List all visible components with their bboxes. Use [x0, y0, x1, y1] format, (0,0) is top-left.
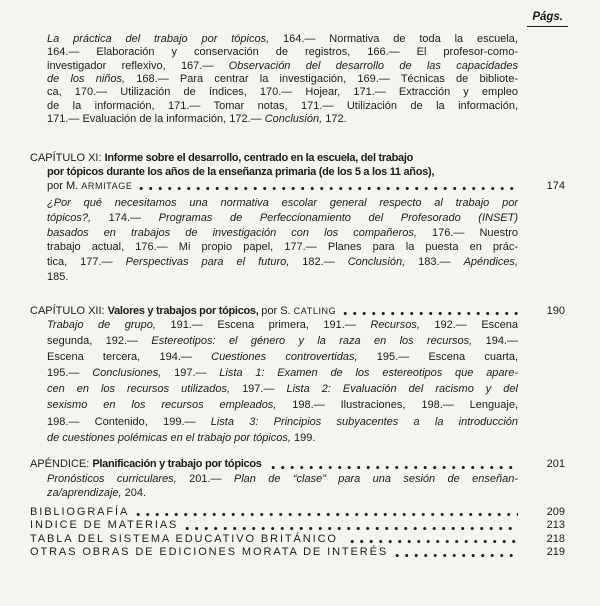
dot-leader [136, 508, 518, 517]
toc-line: por tópicos durante los años de la enseñ… [30, 165, 518, 179]
toc-line: CAPÍTULO XII: Valores y trabajos por tóp… [30, 304, 565, 318]
toc-line: de la información, 171.— Tomar notas, 17… [47, 100, 518, 113]
toc-line: Pronósticos curriculares, 201.— Plan de … [30, 472, 518, 487]
toc-intro-paragraph: La práctica del trabajo por tópicos, 164… [47, 33, 518, 126]
toc-line: ¿Por qué necesitamos una normativa escol… [47, 196, 518, 211]
toc-line-text: Pronósticos curriculares, 201.— Plan de … [47, 473, 518, 485]
toc-line: INDICE DE MATERIAS213 [30, 519, 565, 532]
toc-line-text: de la información, 171.— Tomar notas, 17… [47, 100, 518, 112]
toc-line: za/aprendizaje, 204. [30, 486, 518, 501]
toc-line-text: tica, 177.— Perspectivas para el futuro,… [47, 256, 518, 268]
toc-chapter-11-heading: CAPÍTULO XI: Informe sobre el desarrollo… [30, 151, 565, 193]
toc-line: segunda, 192.— Estereotipos: el género y… [47, 333, 518, 349]
toc-line: investigador reflexivo, 167.— Observació… [47, 60, 518, 73]
page-number: 218 [528, 533, 565, 546]
toc-line-text: Trabajo de grupo, 191.— Escena primera, … [47, 319, 518, 331]
toc-line-text: ¿Por qué necesitamos una normativa escol… [47, 197, 518, 209]
toc-line: tica, 177.— Perspectivas para el futuro,… [47, 255, 518, 270]
toc-line: 195.— Conclusiones, 197.— Lista 1: Exame… [47, 365, 518, 381]
toc-line-text: cen en los recursos utilizados, 197.— Li… [47, 383, 518, 395]
toc-line: tópicos?, 174.— Programas de Perfecciona… [47, 211, 518, 226]
toc-line: sexismo en los recursos empleados, 198.—… [47, 397, 518, 413]
toc-line-text: investigador reflexivo, 167.— Observació… [47, 60, 518, 72]
toc-line-text: 164.— Elaboración y conservación de regi… [47, 46, 518, 58]
toc-line-text: trabajo actual, 176.— Mi propio papel, 1… [47, 241, 518, 253]
toc-line: de los niños, 168.— Para centrar la inve… [47, 73, 518, 86]
toc-line-text: de cuestiones polémicas en el trabajo po… [47, 432, 315, 444]
dot-leader [185, 522, 518, 531]
dot-leader [350, 535, 518, 544]
toc-line: Escena tercera, 194.— Cuestiones controv… [47, 349, 518, 365]
toc-line: La práctica del trabajo por tópicos, 164… [47, 33, 518, 46]
toc-line: ca, 170.— Utilización de índices, 170.— … [47, 86, 518, 99]
page-number: 174 [528, 179, 565, 193]
dot-leader [271, 461, 518, 470]
toc-line-text: de los niños, 168.— Para centrar la inve… [47, 73, 518, 85]
toc-line-text: 198.— Contenido, 199.— Lista 3: Principi… [47, 416, 518, 428]
page-number: 209 [528, 506, 565, 519]
toc-line-text: za/aprendizaje, 204. [47, 487, 146, 499]
pages-label: Págs. [532, 11, 563, 23]
toc-line-text: BIBLIOGRAFÍA [30, 506, 129, 519]
page-number: 201 [528, 457, 565, 472]
toc-line-text: 171.— Evaluación de la información, 172.… [47, 113, 347, 125]
toc-line: 164.— Elaboración y conservación de regi… [47, 46, 518, 59]
table-of-contents-page: Págs. La práctica del trabajo por tópico… [0, 0, 600, 606]
pages-column-header: Págs. [527, 11, 568, 27]
toc-line-text: Escena tercera, 194.— Cuestiones controv… [47, 351, 518, 363]
toc-line-text: sexismo en los recursos empleados, 198.—… [47, 399, 518, 411]
dot-leader [343, 307, 518, 316]
toc-line: 171.— Evaluación de la información, 172.… [47, 113, 518, 126]
toc-line-text: CAPÍTULO XII: Valores y trabajos por tóp… [30, 304, 336, 318]
toc-line-text: APÉNDICE: Planificación y trabajo por tó… [30, 457, 264, 472]
toc-line: TABLA DEL SISTEMA EDUCATIVO BRITÁNICO 21… [30, 533, 565, 546]
toc-line: 185. [47, 270, 518, 285]
toc-line: APÉNDICE: Planificación y trabajo por tó… [30, 457, 565, 472]
toc-apendice-entry: APÉNDICE: Planificación y trabajo por tó… [30, 457, 565, 501]
toc-line: trabajo actual, 176.— Mi propio papel, 1… [47, 240, 518, 255]
toc-line: Trabajo de grupo, 191.— Escena primera, … [47, 317, 518, 333]
toc-line: OTRAS OBRAS DE EDICIONES MORATA DE INTER… [30, 546, 565, 559]
toc-line: por M. ARMITAGE174 [30, 179, 565, 193]
toc-line-text: INDICE DE MATERIAS [30, 519, 178, 532]
toc-line: CAPÍTULO XI: Informe sobre el desarrollo… [30, 151, 518, 165]
page-number: 213 [528, 519, 565, 532]
toc-line-text: basados en trabajos de investigación con… [47, 227, 518, 239]
toc-chapter-12-contents: Trabajo de grupo, 191.— Escena primera, … [47, 317, 518, 446]
toc-line-text: ca, 170.— Utilización de índices, 170.— … [47, 86, 518, 98]
toc-line-text: La práctica del trabajo por tópicos, 164… [47, 33, 518, 45]
toc-chapter-12-heading: CAPÍTULO XII: Valores y trabajos por tóp… [30, 304, 565, 318]
dot-leader [139, 182, 518, 191]
toc-backmatter-list: BIBLIOGRAFÍA209INDICE DE MATERIAS213TABL… [30, 506, 565, 560]
toc-chapter-11-contents: ¿Por qué necesitamos una normativa escol… [47, 196, 518, 285]
toc-line-text: 195.— Conclusiones, 197.— Lista 1: Exame… [47, 367, 518, 379]
toc-line: BIBLIOGRAFÍA209 [30, 506, 565, 519]
toc-line-text: 185. [47, 271, 68, 283]
toc-line: cen en los recursos utilizados, 197.— Li… [47, 381, 518, 397]
page-number: 190 [528, 304, 565, 318]
toc-line: basados en trabajos de investigación con… [47, 226, 518, 241]
page-number: 219 [528, 546, 565, 559]
toc-line-text: segunda, 192.— Estereotipos: el género y… [47, 335, 518, 347]
toc-line: de cuestiones polémicas en el trabajo po… [47, 430, 518, 446]
toc-line-text: TABLA DEL SISTEMA EDUCATIVO BRITÁNICO [30, 533, 343, 546]
toc-line-text: por M. ARMITAGE [47, 179, 132, 193]
toc-line-text: tópicos?, 174.— Programas de Perfecciona… [47, 212, 518, 224]
toc-line-text: CAPÍTULO XI: Informe sobre el desarrollo… [30, 152, 413, 164]
dot-leader [395, 549, 518, 558]
toc-line-text: por tópicos durante los años de la enseñ… [47, 166, 434, 178]
toc-line: 198.— Contenido, 199.— Lista 3: Principi… [47, 414, 518, 430]
toc-line-text: OTRAS OBRAS DE EDICIONES MORATA DE INTER… [30, 546, 388, 559]
